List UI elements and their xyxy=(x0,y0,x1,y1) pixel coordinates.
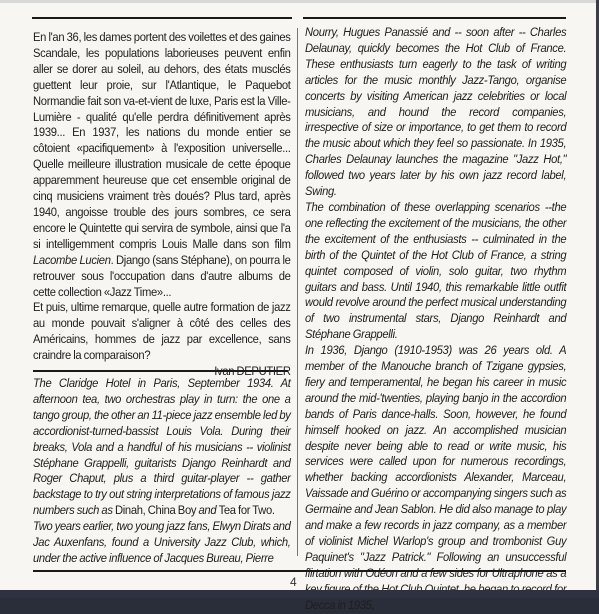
top-rule-right xyxy=(303,17,566,19)
french-text-column: En l'an 36, les dames portent des voilet… xyxy=(33,30,291,380)
english-paragraph-3: The combination of these overlapping sce… xyxy=(305,200,566,343)
column-divider xyxy=(297,28,298,556)
page-number: 4 xyxy=(290,575,297,589)
song-title: Dinah xyxy=(115,503,143,517)
english-paragraph-2-cont: Nourry, Hugues Panassié and -- soon afte… xyxy=(305,25,566,200)
scan-edge-bottom xyxy=(0,590,599,598)
song-title: Tea for Two xyxy=(219,503,272,517)
film-title: Lacombe Lucien xyxy=(33,253,111,267)
bottom-rule xyxy=(33,570,566,572)
top-rule-left xyxy=(32,17,292,19)
english-paragraph-4: In 1936, Django (1910-1953) was 26 years… xyxy=(305,343,566,598)
section-rule xyxy=(33,370,288,372)
french-paragraph-2: Et puis, ultime remarque, quelle autre f… xyxy=(33,300,291,364)
english-paragraph-1: The Claridge Hotel in Paris, September 1… xyxy=(33,376,291,519)
english-text-column-right: Nourry, Hugues Panassié and -- soon afte… xyxy=(305,25,566,598)
french-paragraph-1: En l'an 36, les dames portent des voilet… xyxy=(33,30,291,300)
liner-notes-page: En l'an 36, les dames portent des voilet… xyxy=(0,0,596,590)
english-text-column-left: The Claridge Hotel in Paris, September 1… xyxy=(33,376,291,567)
song-title: China Boy xyxy=(148,503,196,517)
english-paragraph-2-start: Two years earlier, two young jazz fans, … xyxy=(33,519,291,567)
